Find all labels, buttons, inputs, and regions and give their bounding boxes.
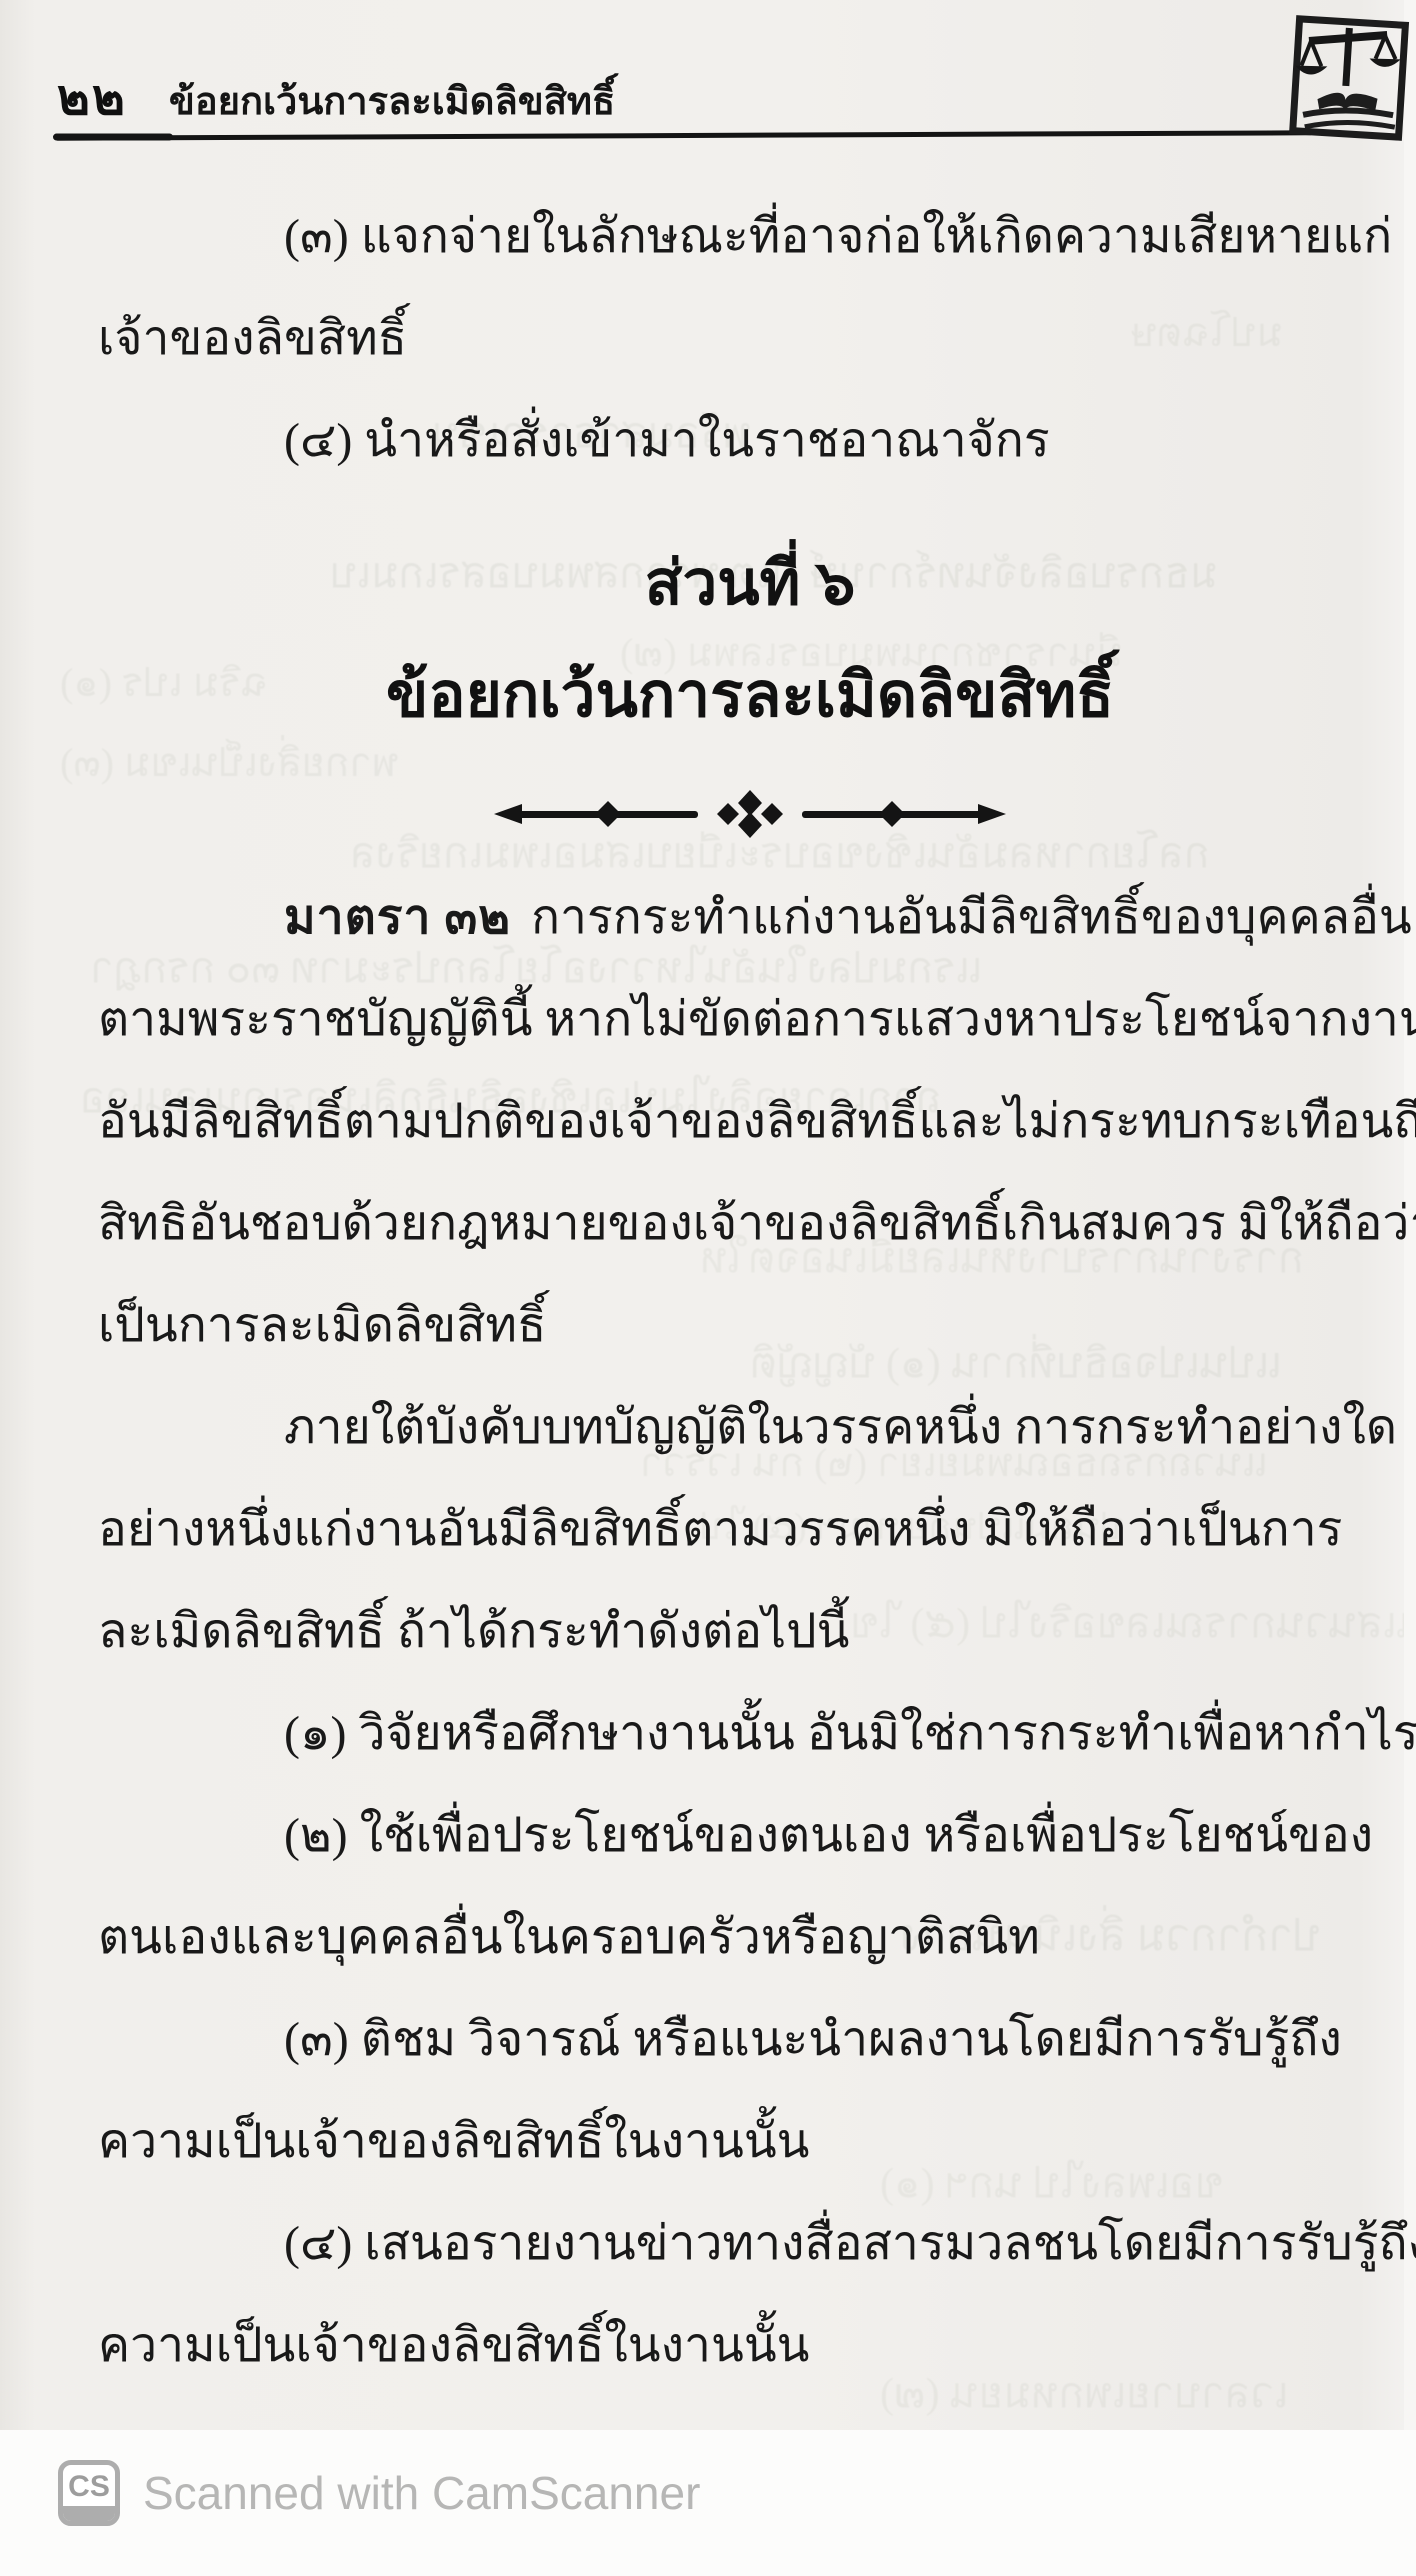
text-line: อย่างหนึ่งแก่งานอันมีลิขสิทธิ์ตามวรรคหนึ…	[98, 1479, 1410, 1581]
text-line: (๔) นำหรือสั่งเข้ามาในราชอาณาจักร	[98, 390, 1410, 492]
text-line: (๒) ใช้เพื่อประโยชน์ของตนเอง หรือเพื่อปร…	[98, 1785, 1410, 1887]
page-header: ๒๒ ข้อยกเว้นการละเมิดลิขสิทธิ์	[57, 58, 1306, 118]
text-line: (๓) แจกจ่ายในลักษณะที่อาจก่อให้เกิดความเ…	[98, 186, 1410, 288]
text-line: (๓) ติชม วิจารณ์ หรือแนะนำผลงานโดยมีการร…	[98, 1989, 1410, 2091]
text-line: ตามพระราชบัญญัตินี้ หากไม่ขัดต่อการแสวงห…	[98, 969, 1410, 1071]
text-line: (๔) เสนอรายงานข่าวทางสื่อสารมวลชนโดยมีกา…	[98, 2193, 1410, 2295]
text-line: (๑) วิจัยหรือศึกษางานนั้น อันมิใช่การกระ…	[98, 1683, 1410, 1785]
text-line: เจ้าของลิขสิทธิ์	[98, 288, 1410, 390]
header-rule	[55, 130, 1313, 140]
scanned-document-page: พร้อมสาธารณชน มปโฉตษ ฉริม เปร (๑) มธกรบอ…	[0, 0, 1416, 2576]
section-title: ข้อยกเว้นการละเมิดลิขสิทธิ์	[100, 640, 1400, 752]
body-text-main: มาตรา ๓๒การกระทำแก่งานอันมีลิขสิทธิ์ของบ…	[98, 867, 1410, 2397]
scales-of-justice-stamp-icon	[1286, 10, 1412, 149]
text-line: ความเป็นเจ้าของลิขสิทธิ์ในงานนั้น	[98, 2091, 1410, 2193]
page-number: ๒๒	[57, 58, 127, 137]
text-line: เป็นการละเมิดลิขสิทธิ์	[98, 1275, 1410, 1377]
camscanner-watermark-text: Scanned with CamScanner	[143, 2462, 700, 2524]
text-line: อันมีลิขสิทธิ์ตามปกติของเจ้าของลิขสิทธิ์…	[98, 1071, 1410, 1173]
section-part-label: ส่วนที่ ๖	[100, 528, 1400, 640]
text-line: ความเป็นเจ้าของลิขสิทธิ์ในงานนั้น	[98, 2295, 1410, 2397]
text-line: ภายใต้บังคับบทบัญญัติในวรรคหนึ่ง การกระท…	[98, 1377, 1410, 1479]
camscanner-badge-icon: CS	[58, 2460, 120, 2526]
text-line: สิทธิอันชอบด้วยกฎหมายของเจ้าของลิขสิทธิ์…	[98, 1173, 1410, 1275]
camscanner-badge-base	[63, 2506, 115, 2521]
text-line: มาตรา ๓๒การกระทำแก่งานอันมีลิขสิทธิ์ของบ…	[98, 867, 1410, 969]
section-heading: ส่วนที่ ๖ ข้อยกเว้นการละเมิดลิขสิทธิ์	[100, 528, 1400, 752]
text-line: ละเมิดลิขสิทธิ์ ถ้าได้กระทำดังต่อไปนี้	[98, 1581, 1410, 1683]
body-text-top: (๓) แจกจ่ายในลักษณะที่อาจก่อให้เกิดความเ…	[98, 186, 1410, 492]
text-line: ตนเองและบุคคลอื่นในครอบครัวหรือญาติสนิท	[98, 1887, 1410, 1989]
running-title: ข้อยกเว้นการละเมิดลิขสิทธิ์	[169, 70, 615, 131]
arrow-diamond-divider-icon	[492, 788, 1008, 840]
camscanner-badge-letters: CS	[63, 2470, 115, 2504]
